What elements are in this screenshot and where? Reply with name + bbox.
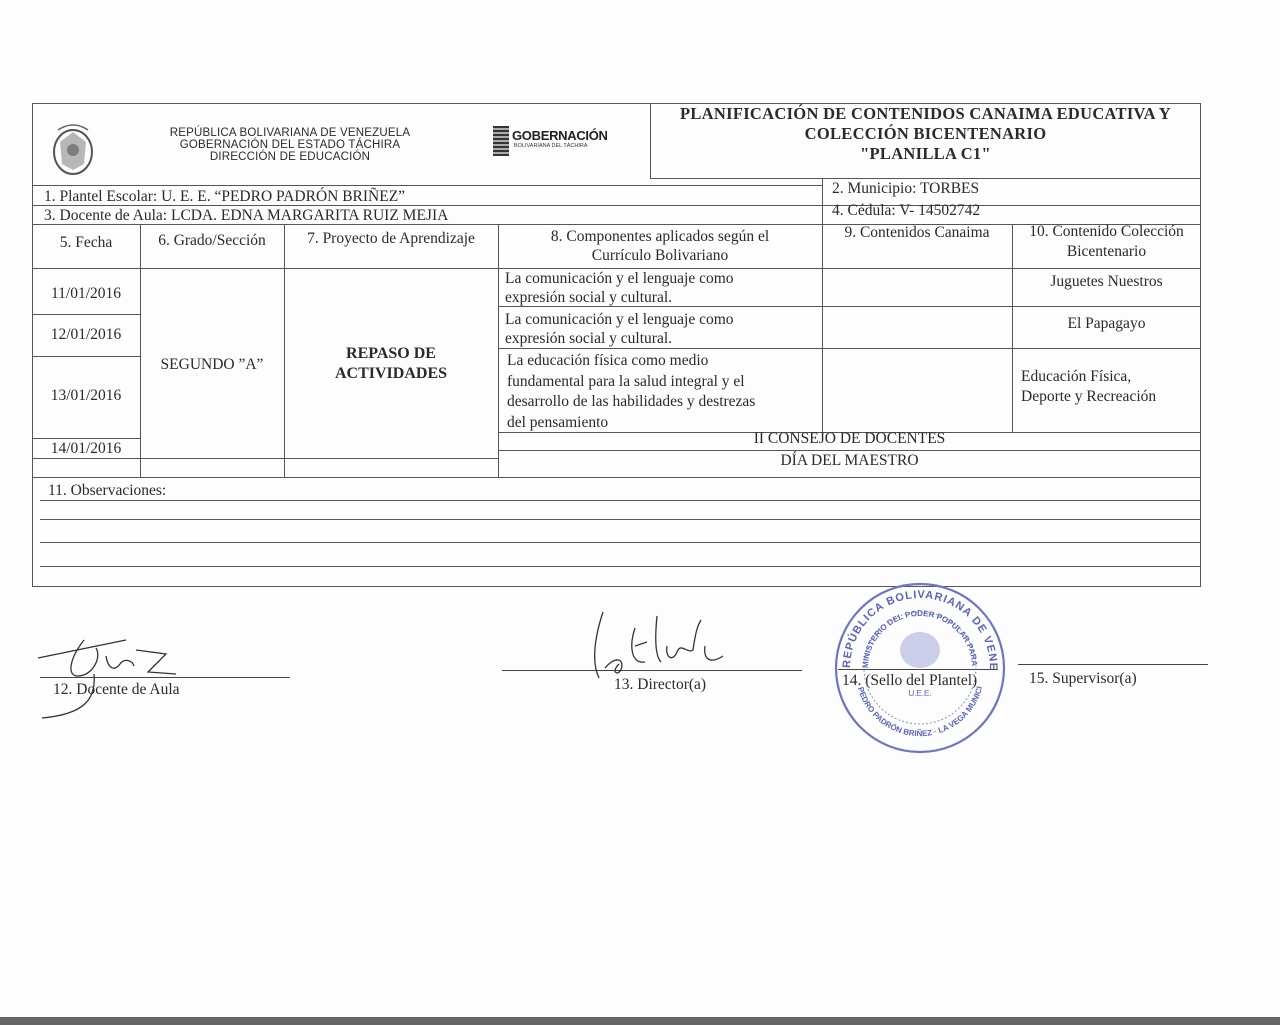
componente-cell: La comunicación y el lenguaje como expre… [505,310,734,348]
date-cell: 12/01/2016 [32,326,140,344]
grado-value: SEGUNDO ”A” [140,356,284,374]
observaciones-line [40,566,1201,567]
signature-director-icon [585,606,745,686]
row-divider [32,356,140,357]
componente-cell: La comunicación y el lenguaje como expre… [505,269,734,307]
coleccion-cell: Juguetes Nuestros [1012,273,1201,291]
componente-cell: La educación física como medio fundament… [507,351,755,433]
document-title: PLANIFICACIÓN DE CONTENIDOS CANAIMA EDUC… [650,104,1201,164]
col-header-grado: 6. Grado/Sección [140,232,284,250]
cedula-field: 4. Cédula: V- 14502742 [832,202,980,220]
coat-of-arms-logo [48,118,98,180]
logo-subtitle: BOLIVARIANA DEL TÁCHIRA [514,143,588,149]
plantel-field: 1. Plantel Escolar: U. E. E. “PEDRO PADR… [44,188,405,206]
componente-line: fundamental para la salud integral y el [507,372,755,393]
col-header-coleccion: 10. Contenido Colección Bicentenario [1012,222,1201,262]
title-line: COLECCIÓN BICENTENARIO [650,124,1201,144]
divider [32,185,822,186]
org-line: GOBERNACIÓN DEL ESTADO TÁCHIRA [150,139,430,151]
title-line: "PLANILLA C1" [650,144,1201,164]
proyecto-line: REPASO DE [284,344,498,364]
signature-docente-icon [36,628,196,723]
header-line: 8. Componentes aplicados según el [498,227,822,246]
signature-label-docente: 12. Docente de Aula [53,681,180,699]
col-header-componentes: 8. Componentes aplicados según el Curríc… [498,227,822,265]
row-divider [498,348,1201,349]
gobernacion-logo: GOBERNACIÓN BOLIVARIANA DEL TÁCHIRA [493,126,613,158]
componente-line: La educación física como medio [507,351,755,372]
coleccion-cell: El Papagayo [1012,315,1201,333]
municipio-field: 2. Municipio: TORBES [832,180,979,198]
col-divider [822,224,823,432]
observaciones-line [40,542,1201,543]
observaciones-label: 11. Observaciones: [48,482,166,500]
logo-emblem-icon [493,126,509,156]
org-header: REPÚBLICA BOLIVARIANA DE VENEZUELA GOBER… [150,127,430,163]
componente-line: expresión social y cultural. [505,329,734,348]
stamp-center-text: U.E.E. [908,689,931,698]
col-header-fecha: 5. Fecha [32,234,140,252]
componente-line: La comunicación y el lenguaje como [505,310,734,329]
row-divider [498,450,1201,451]
date-cell: 13/01/2016 [32,387,140,405]
col-divider [140,224,141,477]
header-line: Bicentenario [1012,242,1201,262]
proyecto-value: REPASO DE ACTIVIDADES [284,344,498,384]
header-line: 10. Contenido Colección [1012,222,1201,242]
col-header-proyecto: 7. Proyecto de Aprendizaje [284,230,498,248]
coleccion-line: Educación Física, [1021,367,1156,387]
signature-label-director: 13. Director(a) [614,676,706,694]
scan-edge [0,1017,1280,1025]
org-line: REPÚBLICA BOLIVARIANA DE VENEZUELA [150,127,430,139]
componente-line: La comunicación y el lenguaje como [505,269,734,288]
event-cell: DÍA DEL MAESTRO [498,452,1201,470]
row-divider [32,314,140,315]
row-divider [32,477,1201,478]
docente-field: 3. Docente de Aula: LCDA. EDNA MARGARITA… [44,207,448,225]
divider [822,178,823,224]
event-cell: II CONSEJO DE DOCENTES [498,430,1201,448]
row-divider [32,458,498,459]
title-line: PLANIFICACIÓN DE CONTENIDOS CANAIMA EDUC… [650,104,1201,124]
col-header-canaima: 9. Contenidos Canaima [822,224,1012,242]
school-stamp-icon: REPÚBLICA BOLIVARIANA DE VENEZUELA MINIS… [830,578,1010,758]
componente-line: expresión social y cultural. [505,288,734,307]
observaciones-line [40,519,1201,520]
logo-title: GOBERNACIÓN [512,128,608,143]
coleccion-line: Deporte y Recreación [1021,387,1156,407]
header-line: Currículo Bolivariano [498,246,822,265]
row-divider [32,438,140,439]
org-line: DIRECCIÓN DE EDUCACIÓN [150,151,430,163]
divider [650,178,1201,179]
observaciones-line [40,500,1201,501]
signature-label-supervisor: 15. Supervisor(a) [1029,670,1137,688]
proyecto-line: ACTIVIDADES [284,364,498,384]
date-cell: 11/01/2016 [32,285,140,303]
componente-line: desarrollo de las habilidades y destreza… [507,392,755,413]
signature-line-supervisor [1018,664,1208,665]
date-cell: 14/01/2016 [32,440,140,458]
coleccion-cell: Educación Física, Deporte y Recreación [1021,367,1156,407]
